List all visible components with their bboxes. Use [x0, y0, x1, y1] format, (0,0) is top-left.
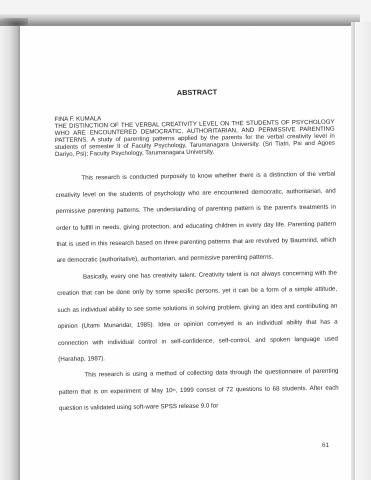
abstract-content: ABSTRACT FINA F. KUMALA THE DISTINCTION … [54, 86, 339, 418]
page-number: 61 [322, 442, 329, 449]
abstract-body: This research is conducted purposely to … [55, 167, 339, 417]
ordinal-superscript: th [173, 388, 176, 392]
paragraph-3: This research is using a method of colle… [58, 364, 339, 418]
thesis-citation: THE DISTINCTION OF THE VERBAL CREATIVITY… [55, 119, 335, 158]
paragraph-1: This research is conducted purposely to … [55, 167, 337, 270]
paragraph-2: Basically, every one has creativity tale… [57, 265, 339, 368]
binding-shadow [0, 26, 20, 480]
author-citation-block: FINA F. KUMALA THE DISTINCTION OF THE VE… [54, 113, 335, 159]
scanner-right-strip [355, 22, 371, 480]
